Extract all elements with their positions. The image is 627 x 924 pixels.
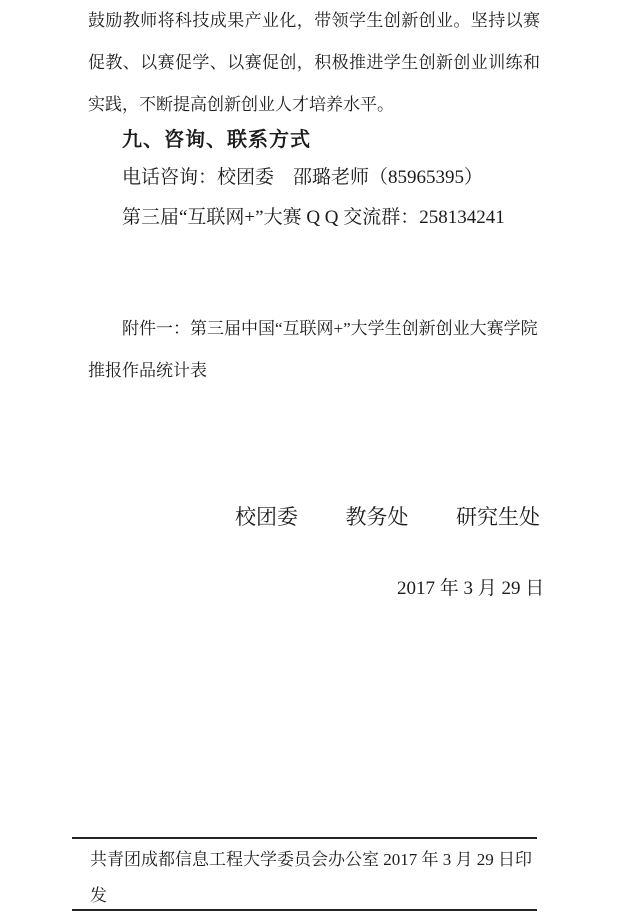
body-paragraph: 鼓励教师将科技成果产业化，带领学生创新创业。坚持以赛 促教、以赛促学、以赛促创，… xyxy=(88,0,540,126)
paragraph-line: 促教、以赛促学、以赛促创，积极推进学生创新创业训练和 xyxy=(88,42,540,84)
issuer-youth-league-committee: 校团委 xyxy=(235,504,298,530)
attachment-note-line: 附件一：第三届中国“互联网+”大学生创新创业大赛学院 xyxy=(88,308,548,350)
issuer-academic-affairs-office: 教务处 xyxy=(346,504,409,530)
issuer-list: 校团委 教务处 研究生处 xyxy=(235,504,540,530)
paragraph-line: 鼓励教师将科技成果产业化，带领学生创新创业。坚持以赛 xyxy=(88,0,540,42)
document-page: 鼓励教师将科技成果产业化，带领学生创新创业。坚持以赛 促教、以赛促学、以赛促创，… xyxy=(0,0,627,924)
attachment-note-line: 推报作品统计表 xyxy=(88,350,548,392)
footer-divider-bottom xyxy=(72,909,537,911)
attachment-note: 附件一：第三届中国“互联网+”大学生创新创业大赛学院 推报作品统计表 xyxy=(88,308,548,392)
issuer-graduate-school-office: 研究生处 xyxy=(456,504,540,530)
issue-date: 2017 年 3 月 29 日 xyxy=(397,576,544,602)
contact-qq-group-line: 第三届“互联网+”大赛 Q Q 交流群：258134241 xyxy=(122,205,505,231)
footer-divider-top xyxy=(72,837,537,839)
section-heading: 九、咨询、联系方式 xyxy=(122,127,311,153)
contact-phone-line: 电话咨询：校团委 邵璐老师（85965395） xyxy=(122,165,483,191)
paragraph-line: 实践，不断提高创新创业人才培养水平。 xyxy=(88,84,540,126)
footer-imprint-line: 共青团成都信息工程大学委员会办公室 2017 年 3 月 29 日印 xyxy=(90,842,550,878)
footer-imprint: 共青团成都信息工程大学委员会办公室 2017 年 3 月 29 日印 发 xyxy=(90,842,550,914)
